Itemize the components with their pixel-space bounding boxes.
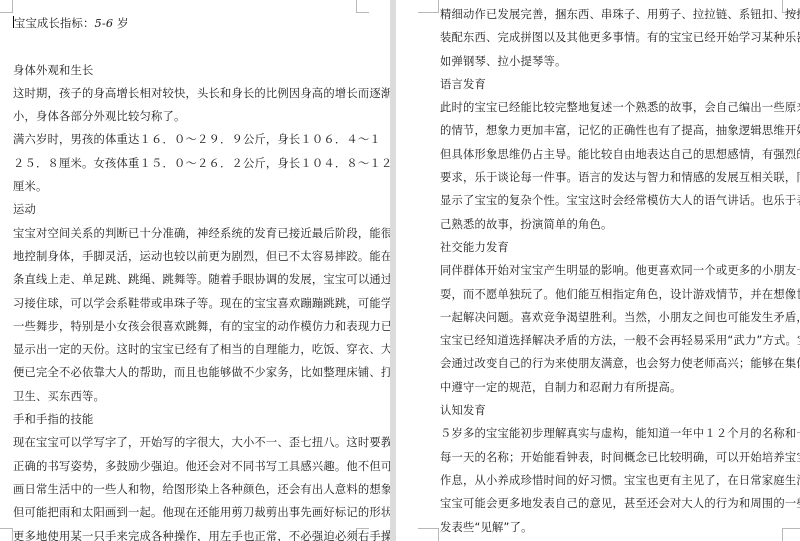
margin-corner-marker bbox=[782, 528, 800, 541]
paragraph-line: 如弹钢琴、拉小提琴等。 bbox=[440, 50, 782, 73]
paragraph-line: 此时的宝宝已经能比较完整地复述一个熟悉的故事，会自己编出一些原来没有 bbox=[440, 96, 782, 119]
paragraph-line: 画日常生活中的一些人和物，给图形染上各种颜色，还会有出人意料的想象， bbox=[13, 478, 356, 501]
paragraph-line: 小，身体各部分外观比较匀称了。 bbox=[13, 105, 356, 128]
paragraph-line: 便已完全不必依靠大人的帮助，而且也能够做不少家务，比如整理床铺、打扫 bbox=[13, 361, 356, 384]
paragraph-line: 现在宝宝可以学写字了，开始写的字很大，大小不一、歪七扭八。这时要教他 bbox=[13, 431, 356, 454]
margin-corner-marker bbox=[418, 0, 439, 13]
paragraph-line: 宝宝可能会更多地发表自己的意见，甚至还会对大人的行为和周围的一些现象 bbox=[440, 492, 782, 515]
paragraph-line: 己熟悉的故事，扮演简单的角色。 bbox=[440, 213, 782, 236]
paragraph-line: 一些舞步，特别是小女孩会很喜欢跳舞，有的宝宝的动作模仿力和表现力已经 bbox=[13, 315, 356, 338]
paragraph-line: 满六岁时，男孩的体重达１６．０～２９．９公斤，身长１０６．４～１ bbox=[13, 128, 356, 151]
section-heading-language: 语言发育 bbox=[440, 73, 782, 96]
document-page-right: 精细动作已发展完善，捆东西、串珠子、用剪子、拉拉链、系钮扣、按按扣、 装配东西、… bbox=[396, 0, 800, 541]
section-heading-cognition: 认知发育 bbox=[440, 399, 782, 422]
paragraph-line: 卫生、买东西等。 bbox=[13, 385, 356, 408]
paragraph-line: 同伴群体开始对宝宝产生明显的影响。他更喜欢同一个或更多的小朋友一起玩 bbox=[440, 259, 782, 282]
page-text-body[interactable]: 精细动作已发展完善，捆东西、串珠子、用剪子、拉拉链、系钮扣、按按扣、 装配东西、… bbox=[440, 3, 782, 539]
paragraph-line: 每一天的名称；开始能看钟表，时间概念已比较明确，可以开始培养宝宝按时 bbox=[440, 446, 782, 469]
section-heading-motion: 运动 bbox=[13, 198, 356, 221]
paragraph-line: 更多地使用某一只手来完成各种操作，用左手也正常，不必强迫必须右手操作。 bbox=[13, 525, 356, 541]
paragraph-line: 但具体形象思维仍占主导。能比较自由地表达自己的思想感情，有强烈的语言 bbox=[440, 143, 782, 166]
paragraph-line: 作息，从小养成珍惜时间的好习惯。宝宝也更有主见了，在日常家庭生活中， bbox=[440, 469, 782, 492]
margin-corner-marker bbox=[418, 528, 439, 541]
paragraph-line: 正确的书写姿势，多鼓励少强迫。他还会对不同书写工具感兴趣。他不但可以 bbox=[13, 455, 356, 478]
paragraph-line: 厘米。 bbox=[13, 175, 356, 198]
document-page-left: 宝宝成长指标：5-6 岁 身体外观和生长 这时期，孩子的身高增长相对较快，头长和… bbox=[0, 0, 390, 541]
section-heading-body-growth: 身体外观和生长 bbox=[13, 59, 356, 82]
paragraph-line: 会通过改变自己的行为来使朋友满意，也会努力使老师高兴；能够在集体活动 bbox=[440, 352, 782, 375]
paragraph-line: 要求，乐于谈论每一件事。语言的发达与智力和情感的发展互相关联，同时也 bbox=[440, 166, 782, 189]
paragraph-line: 显示出一定的天份。这时的宝宝已经有了相当的自理能力，吃饭、穿衣、大小 bbox=[13, 338, 356, 361]
paragraph-line: 的情节，想象力更加丰富，记忆的正确性也有了提高，抽象逻辑思维开始发展， bbox=[440, 119, 782, 142]
paragraph-line: 地控制身体，手脚灵活，运动也较以前更为剧烈，但已不太容易摔跤。能在一 bbox=[13, 245, 356, 268]
paragraph-line: 这时期，孩子的身高增长相对较快，头长和身长的比例因身高的增长而逐渐变 bbox=[13, 82, 356, 105]
margin-corner-marker bbox=[356, 0, 369, 13]
paragraph-line: 条直线上走、单足跳、跳绳、跳舞等。随着手眼协调的发展，宝宝可以通过练 bbox=[13, 268, 356, 291]
paragraph-line: ５岁多的宝宝能初步理解真实与虚构，能知道一年中１２个月的名称和一周中 bbox=[440, 422, 782, 445]
paragraph-line: 宝宝对空间关系的判断已十分准确，神经系统的发育已接近最后阶段，能很好 bbox=[13, 222, 356, 245]
paragraph-line: 装配东西、完成拼图以及其他更多事情。有的宝宝已经开始学习某种乐器了， bbox=[440, 26, 782, 49]
margin-corner-marker bbox=[0, 528, 13, 541]
margin-corner-marker bbox=[0, 0, 13, 13]
page-text-body[interactable]: 宝宝成长指标：5-6 岁 身体外观和生长 这时期，孩子的身高增长相对较快，头长和… bbox=[13, 12, 356, 541]
paragraph-line: 精细动作已发展完善，捆东西、串珠子、用剪子、拉拉链、系钮扣、按按扣、 bbox=[440, 3, 782, 26]
section-heading-hand-skills: 手和手指的技能 bbox=[13, 408, 356, 431]
document-title[interactable]: 宝宝成长指标：5-6 岁 bbox=[13, 12, 356, 35]
section-heading-social: 社交能力发育 bbox=[440, 236, 782, 259]
paragraph-line: 发表些“见解”了。 bbox=[440, 516, 782, 539]
paragraph-line: 中遵守一定的规范，自制力和忍耐力有所提高。 bbox=[440, 376, 782, 399]
paragraph-line: ２５．８厘米。女孩体重１５．０～２６．２公斤，身长１０４．８～１２４.５ bbox=[13, 152, 356, 175]
paragraph-line: 耍，而不愿单独玩了。他们能互相指定角色，设计游戏情节，并在想像世界中 bbox=[440, 283, 782, 306]
paragraph-line: 显示了宝宝的复杂个性。宝宝这时会经常模仿大人的语气讲话。也乐于表演自 bbox=[440, 189, 782, 212]
paragraph-line: 但可能把雨和太阳画到一起。他现在还能用剪刀裁剪出事先画好标记的形状。 bbox=[13, 501, 356, 524]
paragraph-line: 宝宝已经知道选择解决矛盾的方法，一般不会再轻易采用“武力”方式。宝宝 bbox=[440, 329, 782, 352]
paragraph-line: 一起解决问题。喜欢竞争渴望胜利。当然，小朋友之间也可能发生矛盾，这时 bbox=[440, 306, 782, 329]
paragraph-line: 习接住球，可以学会系鞋带或串珠子等。现在的宝宝喜欢蹦蹦跳跳，可能学会 bbox=[13, 292, 356, 315]
